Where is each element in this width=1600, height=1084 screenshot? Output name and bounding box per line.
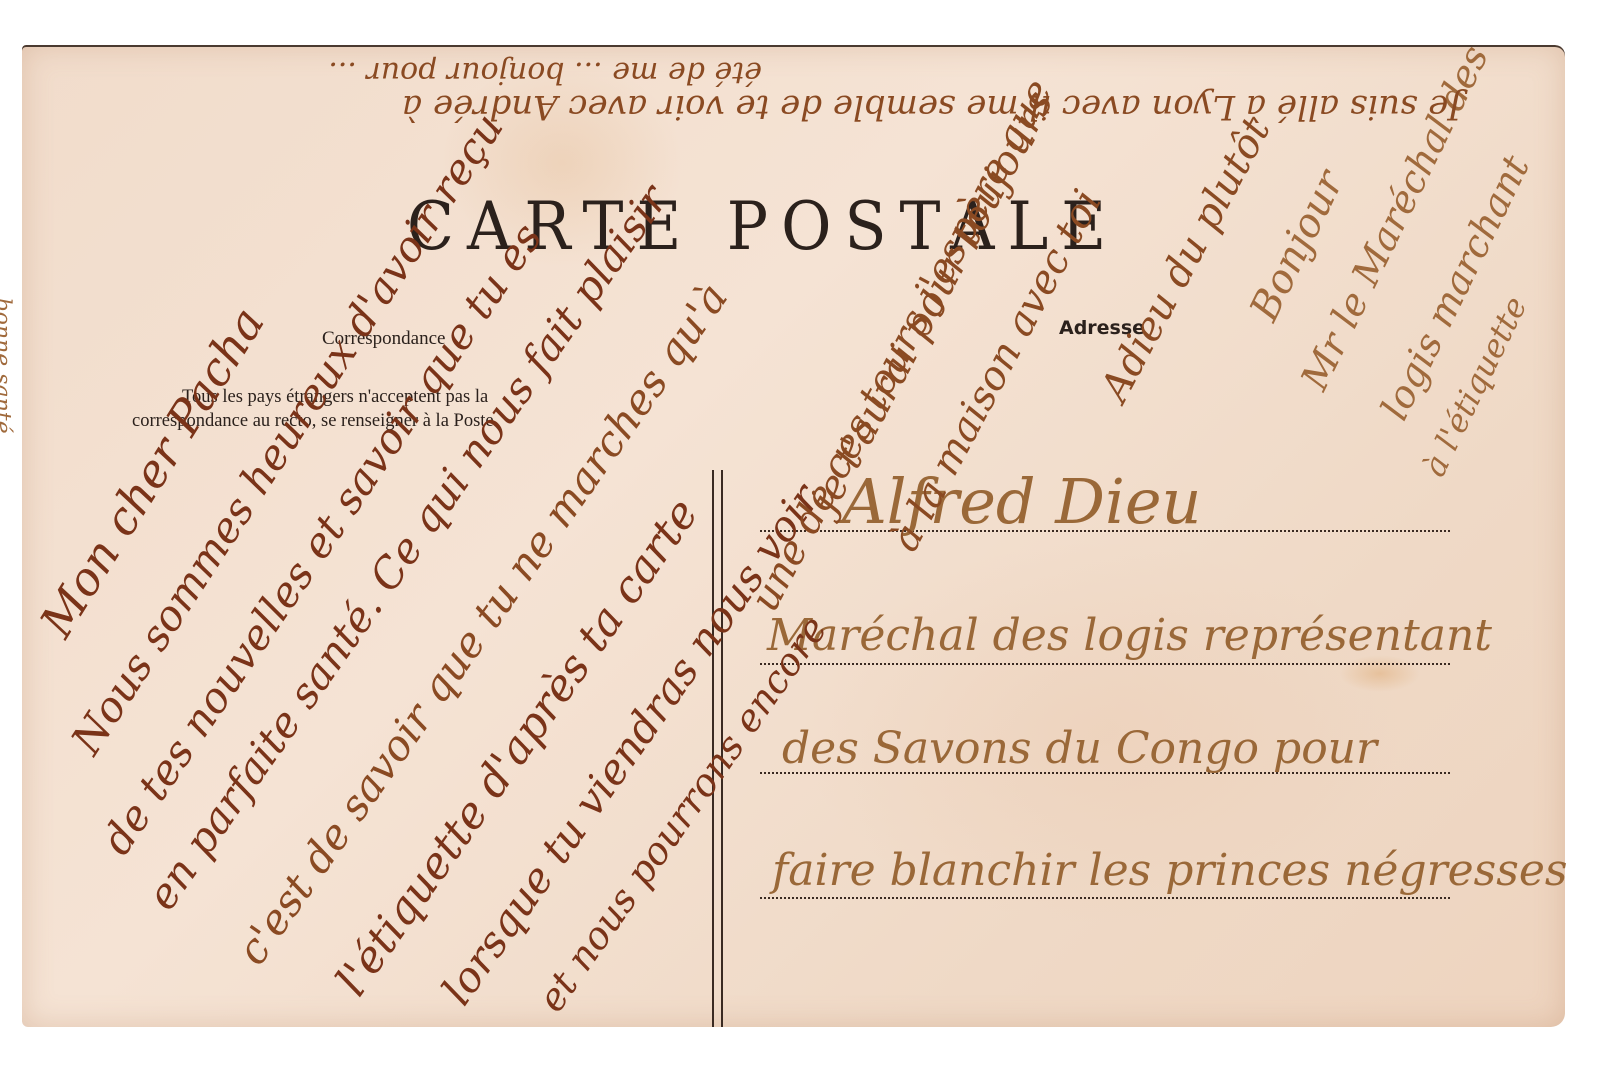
margin-note: Adieu du plutôt (1092, 110, 1280, 409)
address-line-text-3: des Savons du Congo pour (782, 723, 1377, 774)
address-line-text-4: faire blanchir les princes négresses (772, 845, 1567, 896)
left-margin-note: bonne santé (0, 298, 15, 434)
upside-down-note: été de me ... bonjour pour ... (328, 55, 762, 90)
postcard-back: CARTE POSTALE Correspondance Adresse Tou… (22, 45, 1565, 1027)
address-line-text-2: Maréchal des logis représentant (767, 610, 1492, 661)
upside-down-note: Je suis allé à Lyon avec il me semble de… (402, 87, 1462, 127)
address-line-4 (760, 897, 1450, 899)
address-line-2 (760, 663, 1450, 665)
